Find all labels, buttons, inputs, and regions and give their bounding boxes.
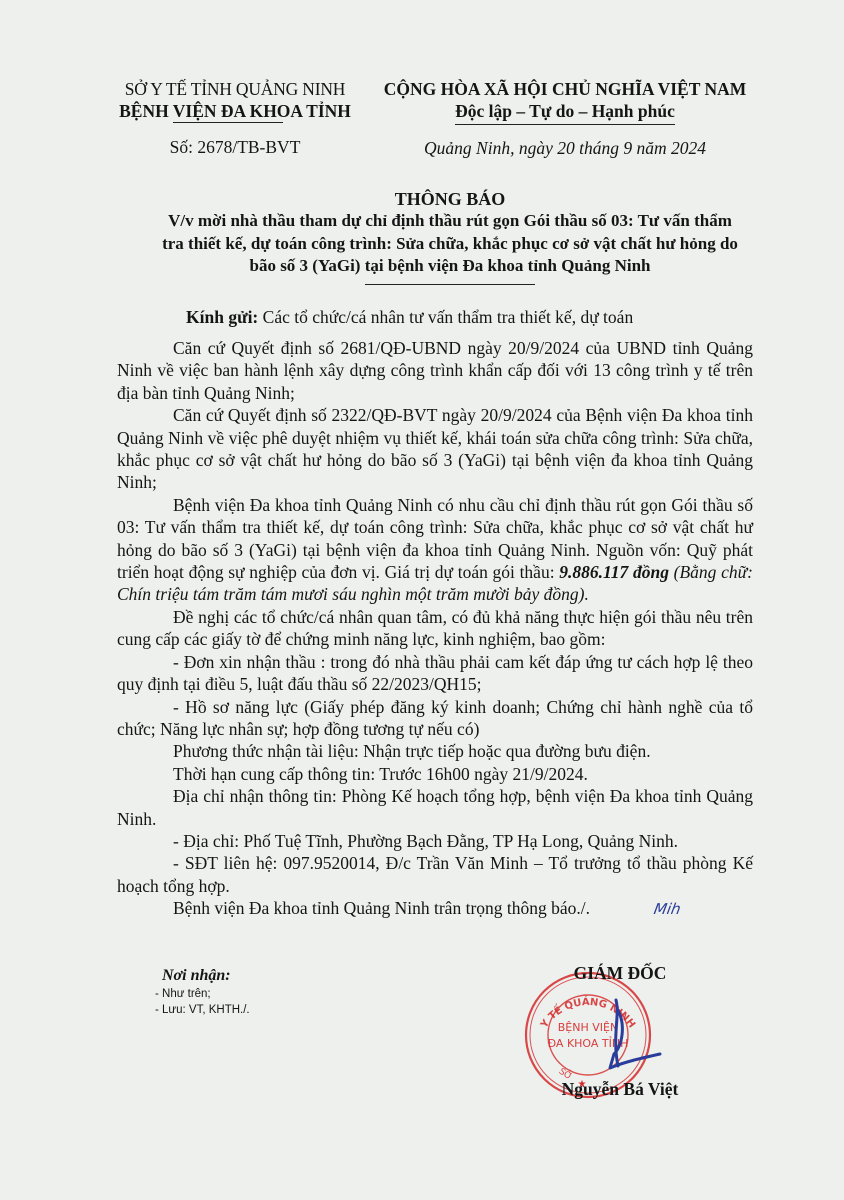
signature-block: GIÁM ĐỐC Nguyễn Bá Việt: [520, 962, 720, 984]
list-item-street-address: - Địa chỉ: Phố Tuệ Tĩnh, Phường Bạch Đằn…: [117, 830, 753, 852]
signature-scrawl-icon: [604, 996, 664, 1076]
signer-title: GIÁM ĐỐC: [520, 962, 720, 984]
recipient-text: Các tổ chức/cá nhân tư vấn thẩm tra thiế…: [258, 307, 633, 327]
document-title: THÔNG BÁO: [150, 188, 750, 210]
paragraph-request: Đề nghị các tổ chức/cá nhân quan tâm, có…: [117, 606, 753, 651]
list-item-profile: - Hồ sơ năng lực (Giấy phép đăng ký kinh…: [117, 696, 753, 741]
paragraph-need: Bệnh viện Đa khoa tỉnh Quảng Ninh có nhu…: [117, 494, 753, 606]
organization-name-text: BỆNH VIỆN ĐA KHOA TỈNH: [119, 101, 351, 121]
document-page: SỞ Y TẾ TỈNH QUẢNG NINH BỆNH VIỆN ĐA KHO…: [0, 0, 844, 1200]
recipients-block: Nơi nhận: - Như trên; - Lưu: VT, KHTH./.: [155, 966, 250, 1018]
header-right: CỘNG HÒA XÃ HỘI CHỦ NGHĨA VIỆT NAM Độc l…: [365, 78, 765, 159]
paragraph-method: Phương thức nhận tài liệu: Nhận trực tiế…: [117, 740, 753, 762]
place-date: Quảng Ninh, ngày 20 tháng 9 năm 2024: [365, 137, 765, 159]
closing-text: Bệnh viện Đa khoa tỉnh Quảng Ninh trân t…: [173, 898, 590, 918]
subject-line-2: tra thiết kế, dự toán công trình: Sửa ch…: [150, 233, 750, 256]
paragraph-legal-basis-1: Căn cứ Quyết định số 2681/QĐ-UBND ngày 2…: [117, 337, 753, 404]
department-name: SỞ Y TẾ TỈNH QUẢNG NINH: [100, 78, 370, 100]
national-title: CỘNG HÒA XÃ HỘI CHỦ NGHĨA VIỆT NAM: [365, 78, 765, 100]
paragraph-address: Địa chỉ nhận thông tin: Phòng Kế hoạch t…: [117, 785, 753, 830]
organization-name: BỆNH VIỆN ĐA KHOA TỈNH: [119, 100, 351, 122]
title-block: THÔNG BÁO V/v mời nhà thầu tham dự chỉ đ…: [150, 188, 750, 285]
signer-name: Nguyễn Bá Việt: [520, 1078, 720, 1100]
title-divider: [365, 284, 535, 285]
header-left: SỞ Y TẾ TỈNH QUẢNG NINH BỆNH VIỆN ĐA KHO…: [100, 78, 370, 158]
document-number: Số: 2678/TB-BVT: [100, 136, 370, 158]
paragraph-legal-basis-2: Căn cứ Quyết định số 2322/QĐ-BVT ngày 20…: [117, 404, 753, 494]
handwritten-signature: [604, 996, 664, 1081]
recipient-item: - Như trên;: [155, 986, 250, 1002]
recipient-line: Kính gửi: Các tổ chức/cá nhân tư vấn thẩ…: [186, 306, 633, 328]
list-item-contact: - SĐT liên hệ: 097.9520014, Đ/c Trần Văn…: [117, 852, 753, 897]
subject-line-3: bão số 3 (YaGi) tại bệnh viện Đa khoa tỉ…: [150, 255, 750, 278]
recipient-item: - Lưu: VT, KHTH./.: [155, 1002, 250, 1018]
national-motto: Độc lập – Tự do – Hạnh phúc: [455, 100, 675, 125]
list-item-application: - Đơn xin nhận thầu : trong đó nhà thầu …: [117, 651, 753, 696]
paragraph-deadline: Thời hạn cung cấp thông tin: Trước 16h00…: [117, 763, 753, 785]
organization-underline: [173, 122, 283, 123]
estimated-amount: 9.886.117 đồng: [559, 562, 669, 582]
paragraph-closing: Bệnh viện Đa khoa tỉnh Quảng Ninh trân t…: [117, 897, 753, 920]
recipients-title: Nơi nhận:: [162, 966, 250, 986]
initials-signature: Mih: [596, 898, 683, 920]
recipient-label: Kính gửi:: [186, 307, 258, 327]
subject-line-1: V/v mời nhà thầu tham dự chỉ định thầu r…: [150, 210, 750, 233]
document-body: Căn cứ Quyết định số 2681/QĐ-UBND ngày 2…: [117, 337, 753, 921]
